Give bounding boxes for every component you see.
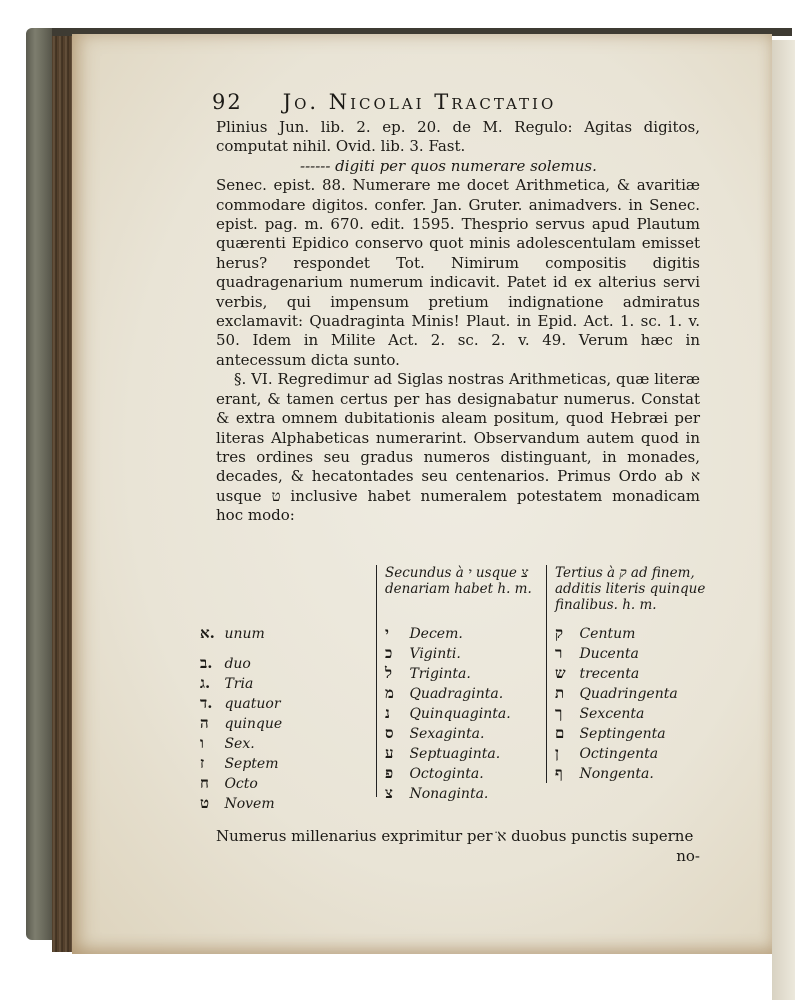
table-row: ב. duo (200, 653, 372, 673)
table-row: צ Nonaginta. (385, 783, 553, 803)
table-row: ע Septuaginta. (385, 743, 553, 763)
page-number: 92 (212, 90, 274, 114)
column-header-tertius: Tertius à ק ad finem, additis literis qu… (555, 565, 727, 615)
table-row: כ Viginti. (385, 643, 553, 663)
table-row: ק Centum (555, 623, 727, 643)
table-row: א. unum (200, 623, 372, 643)
catchword: no- (216, 846, 700, 866)
table-row: י Decem. (385, 623, 553, 643)
table-row: ן Octingenta (555, 743, 727, 763)
paragraph-section-vi: §. VI. Regredimur ad Siglas nostras Arit… (216, 370, 700, 525)
numeral-table: א. unum ב. duo ג. Tria ד. quatuor ה quin… (200, 565, 720, 805)
table-column-tens: Secundus à י usque צ denariam habet h. m… (376, 565, 553, 797)
table-row: ז Septem (200, 753, 372, 773)
paragraph-ovid-quote: ------ digiti per quos numerare solemus. (216, 157, 700, 176)
table-row: ם Septingenta (555, 723, 727, 743)
table-row: ך Sexcenta (555, 703, 727, 723)
table-row: ר Ducenta (555, 643, 727, 663)
page-edges (52, 30, 74, 952)
table-row: ש trecenta (555, 663, 727, 683)
table-column-units: א. unum ב. duo ג. Tria ד. quatuor ה quin… (200, 623, 372, 813)
paragraph-pliny: Plinius Jun. lib. 2. ep. 20. de M. Regul… (216, 118, 700, 157)
table-row: ו Sex. (200, 733, 372, 753)
running-head-title: Jo. Nicolai Tractatio (283, 90, 557, 114)
table-row: ד. quatuor (200, 693, 372, 713)
table-row: ת Quadringenta (555, 683, 727, 703)
column-header-secundus: Secundus à י usque צ denariam habet h. m… (385, 565, 553, 615)
table-row: ה quinque (200, 713, 372, 733)
facing-page-edge (772, 40, 795, 1000)
running-header: 92 Jo. Nicolai Tractatio (212, 90, 702, 114)
table-row: נ Quinquaginta. (385, 703, 553, 723)
body-text: Plinius Jun. lib. 2. ep. 20. de M. Regul… (216, 118, 700, 526)
table-row: ט Novem (200, 793, 372, 813)
table-column-hundreds: Tertius à ק ad finem, additis literis qu… (546, 565, 727, 783)
table-row: ל Triginta. (385, 663, 553, 683)
footer-line: Numerus millenarius exprimitur per א̈ du… (216, 826, 700, 846)
footer-text: Numerus millenarius exprimitur per א̈ du… (216, 826, 700, 866)
table-row: ס Sexaginta. (385, 723, 553, 743)
table-row: מ Quadraginta. (385, 683, 553, 703)
table-row: ף Nongenta. (555, 763, 727, 783)
table-row: ג. Tria (200, 673, 372, 693)
table-row: ח Octo (200, 773, 372, 793)
paragraph-seneca: Senec. epist. 88. Numerare me docet Arit… (216, 176, 700, 370)
table-row: פ Octoginta. (385, 763, 553, 783)
